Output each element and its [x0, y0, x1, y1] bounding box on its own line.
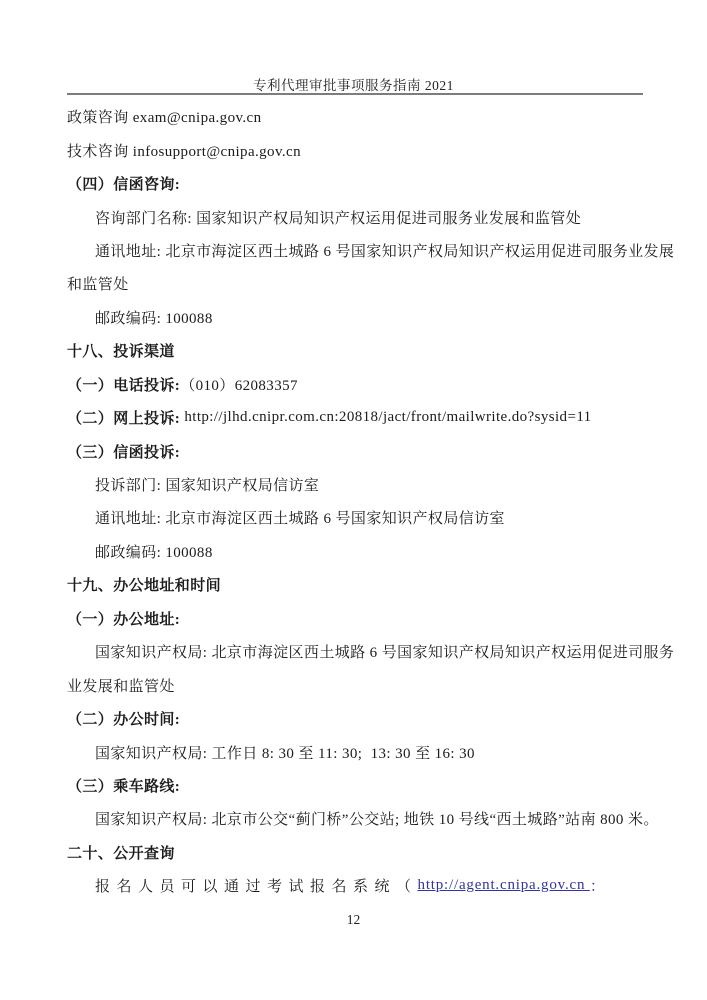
text-line: （一）办公地址: — [67, 602, 649, 635]
text-line: 和监管处 — [67, 267, 649, 300]
page-number: 12 — [0, 912, 707, 928]
text-run: （010）62083357 — [180, 374, 298, 395]
text-run: 政策咨询 exam@cnipa.gov.cn — [67, 106, 262, 127]
text-run: （一）电话投诉: — [67, 374, 180, 395]
text-run: （三）信函投诉: — [67, 441, 180, 462]
text-run: 二十、公开查询 — [67, 842, 175, 863]
text-run: （二）网上投诉: — [67, 407, 180, 428]
text-run: 国家知识产权局: 北京市公交“蓟门桥”公交站; 地铁 10 号线“西土城路”站南… — [95, 808, 659, 829]
document-body: 政策咨询 exam@cnipa.gov.cn技术咨询 infosupport@c… — [67, 100, 649, 903]
text-line: （二）办公时间: — [67, 702, 649, 735]
text-run: （二）办公时间: — [67, 708, 180, 729]
text-run: （三）乘车路线: — [67, 775, 180, 796]
text-line: 邮政编码: 100088 — [67, 301, 649, 334]
text-run: 通讯地址: 北京市海淀区西土城路 6 号国家知识产权局知识产权运用促进司服务业发… — [95, 240, 674, 261]
text-line: 政策咨询 exam@cnipa.gov.cn — [67, 100, 649, 133]
text-run: 十九、办公地址和时间 — [67, 574, 221, 595]
header-rule — [67, 93, 643, 95]
text-run: 咨询部门名称: 国家知识产权局知识产权运用促进司服务业发展和监管处 — [95, 207, 581, 228]
text-run: 投诉部门: 国家知识产权局信访室 — [95, 474, 319, 495]
text-line: 业发展和监管处 — [67, 668, 649, 701]
text-line: 十八、投诉渠道 — [67, 334, 649, 367]
text-run: 技术咨询 infosupport@cnipa.gov.cn — [67, 140, 301, 161]
text-line: 二十、公开查询 — [67, 836, 649, 869]
text-line: （一）电话投诉:（010）62083357 — [67, 368, 649, 401]
text-run: 业发展和监管处 — [67, 675, 175, 696]
text-line: （三）乘车路线: — [67, 769, 649, 802]
text-line: 通讯地址: 北京市海淀区西土城路 6 号国家知识产权局信访室 — [67, 501, 649, 534]
text-line: 邮政编码: 100088 — [67, 535, 649, 568]
text-line: （三）信函投诉: — [67, 434, 649, 467]
text-run: （一）办公地址: — [67, 608, 180, 629]
text-run: 邮政编码: 100088 — [95, 307, 213, 328]
text-run: 十八、投诉渠道 — [67, 340, 175, 361]
text-line: 十九、办公地址和时间 — [67, 568, 649, 601]
text-line: 国家知识产权局: 北京市海淀区西土城路 6 号国家知识产权局知识产权运用促进司服… — [67, 635, 649, 668]
text-run: 国家知识产权局: 北京市海淀区西土城路 6 号国家知识产权局知识产权运用促进司服… — [95, 641, 674, 662]
page-header-title: 专利代理审批事项服务指南 2021 — [0, 74, 707, 94]
text-run: ： — [590, 875, 605, 896]
text-run: 通讯地址: 北京市海淀区西土城路 6 号国家知识产权局信访室 — [95, 507, 505, 528]
text-run: 邮政编码: 100088 — [95, 541, 213, 562]
text-line: （二）网上投诉: http://jlhd.cnipr.com.cn:20818/… — [67, 401, 649, 434]
text-run: 国家知识产权局: 工作日 8: 30 至 11: 30; 13: 30 至 16… — [95, 742, 475, 763]
text-run: （四）信函咨询: — [67, 173, 180, 194]
document-page: 专利代理审批事项服务指南 2021 政策咨询 exam@cnipa.gov.cn… — [0, 0, 707, 1000]
text-line: 报名人员可以通过考试报名系统（http://agent.cnipa.gov.cn… — [67, 869, 649, 902]
text-line: 国家知识产权局: 工作日 8: 30 至 11: 30; 13: 30 至 16… — [67, 735, 649, 768]
text-line: 国家知识产权局: 北京市公交“蓟门桥”公交站; 地铁 10 号线“西土城路”站南… — [67, 802, 649, 835]
text-run: 和监管处 — [67, 273, 129, 294]
text-run: 报名人员可以通过考试报名系统（ — [95, 875, 418, 896]
text-line: 咨询部门名称: 国家知识产权局知识产权运用促进司服务业发展和监管处 — [67, 200, 649, 233]
text-line: 通讯地址: 北京市海淀区西土城路 6 号国家知识产权局知识产权运用促进司服务业发… — [67, 234, 649, 267]
text-line: 投诉部门: 国家知识产权局信访室 — [67, 468, 649, 501]
text-line: 技术咨询 infosupport@cnipa.gov.cn — [67, 133, 649, 166]
text-line: （四）信函咨询: — [67, 167, 649, 200]
agent-portal-link[interactable]: http://agent.cnipa.gov.cn — [418, 877, 590, 894]
text-run: http://jlhd.cnipr.com.cn:20818/jact/fron… — [180, 409, 591, 426]
